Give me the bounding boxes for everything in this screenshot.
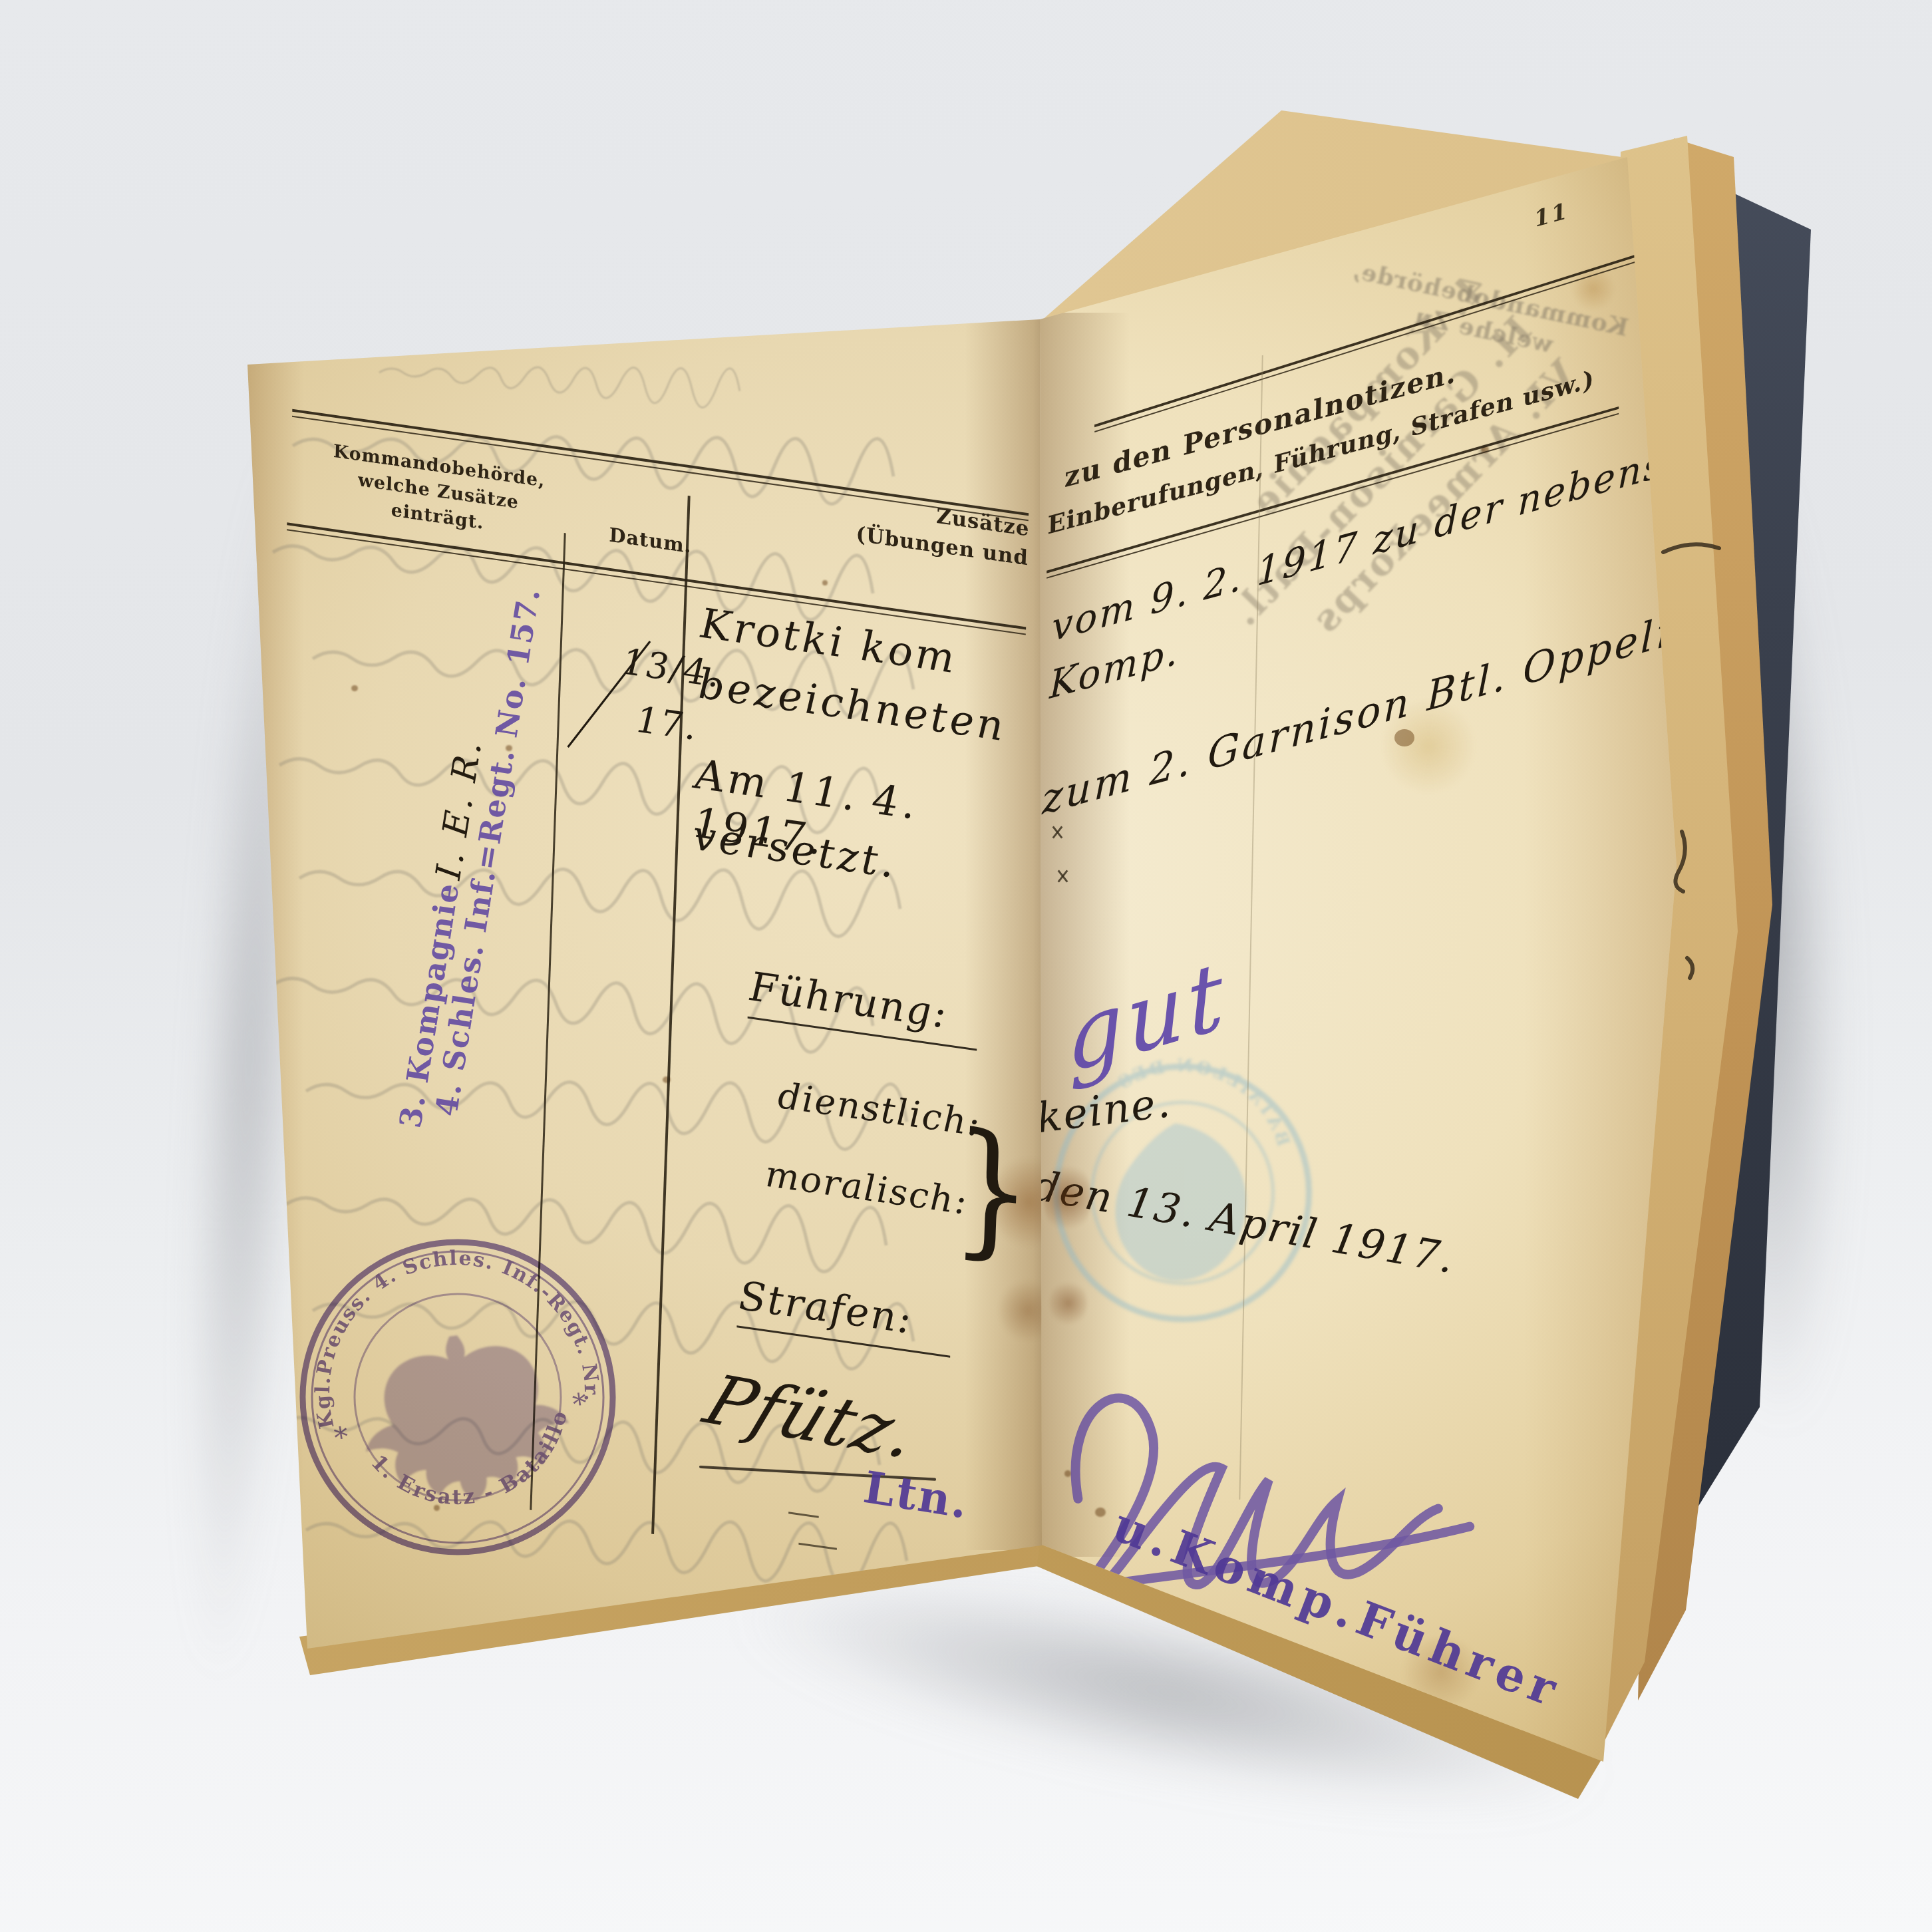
entry-dash [798, 1543, 837, 1550]
entry-line: zum 2. Garnison Btl. Oppeln [1042, 603, 1685, 824]
entry-date-year: 17. [635, 698, 697, 748]
gutter-rust-stain [1043, 1159, 1091, 1236]
strafen-label: Strafen: [736, 1272, 952, 1357]
binding-stitch [1055, 869, 1070, 884]
column-header-datum: Datum. [604, 523, 697, 559]
round-stamp-star-left: * [332, 1420, 351, 1454]
binding-stitch [1050, 825, 1064, 840]
page-number: 10 [307, 329, 343, 360]
gutter-rust-stain [1050, 1279, 1087, 1328]
eagle-icon [352, 1322, 578, 1515]
brace-glyph: } [949, 1096, 1035, 1283]
fore-edge-ink-marks [1643, 519, 1743, 1118]
moralisch-label: moralisch: [764, 1152, 968, 1223]
fuehrung-label: Führung: [748, 963, 979, 1051]
signature-left: Pfütz. [695, 1360, 929, 1474]
column-header-kommandobehoerde: Kommandobehörde, welche Zusätze einträgt… [315, 436, 562, 547]
dienstlich-label: dienstlich: [777, 1074, 981, 1145]
entry-line: bezeichneten [697, 659, 1006, 750]
militaerpass-photo: 10 Kommandobehörde, welche Zusätze eintr… [0, 0, 1932, 1932]
regiment-round-stamp: Kgl.Preuss. 4. Schles. Inf.-Regt. Nr. 15… [270, 1209, 646, 1585]
entry-dash [788, 1512, 819, 1518]
